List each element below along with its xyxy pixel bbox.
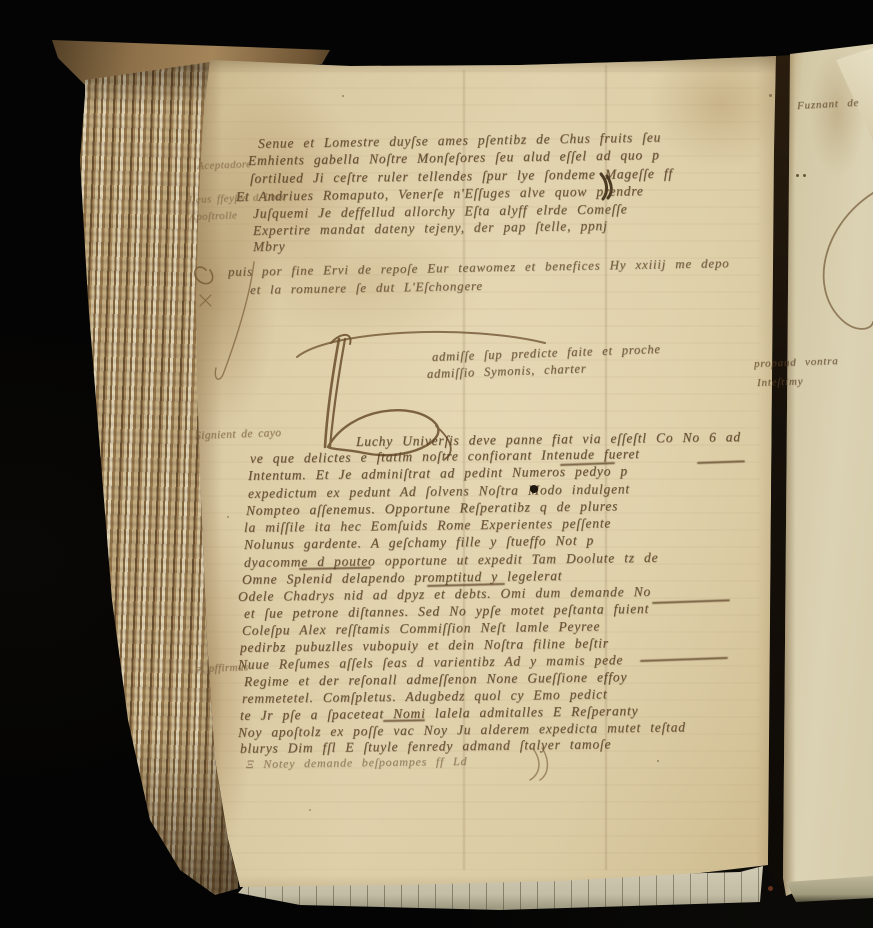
ink-speck [530, 485, 538, 493]
ink-speck [768, 886, 773, 891]
ink-speck [769, 94, 772, 97]
handwriting-line-body-top: Mbry [253, 238, 333, 255]
manuscript-photo: Senue et Lomestre duyſse ames pſentibz d… [0, 0, 873, 928]
ink-speck [657, 760, 659, 762]
ink-speck [796, 174, 799, 177]
ink-speck [803, 174, 806, 177]
ink-speck [309, 809, 311, 811]
ink-speck [342, 95, 344, 97]
ink-speck [227, 516, 229, 518]
